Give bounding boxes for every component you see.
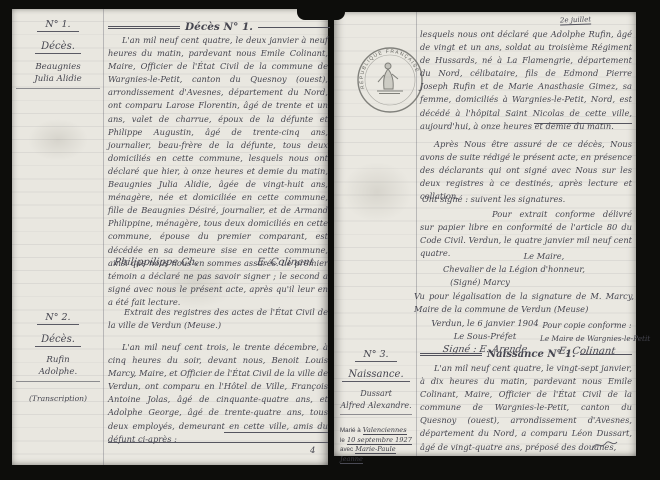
paper-stain bbox=[342, 162, 412, 222]
header-rule bbox=[258, 27, 330, 28]
act1-deceased-name: Beaugnies Julia Alidie bbox=[16, 62, 100, 89]
signatures-note: Ont signé : suivent les signatures. bbox=[422, 193, 565, 206]
header-rule bbox=[580, 354, 632, 355]
act2-margin-block: N° 2. Décès. Rufin Adolphe. (Transcripti… bbox=[16, 305, 100, 403]
mayor-title: Le Maire, bbox=[474, 250, 614, 263]
paper-stain bbox=[28, 119, 88, 161]
act3-number-label: N° 3. bbox=[355, 349, 396, 362]
line-filler-rule bbox=[224, 432, 328, 433]
act2-intro-text: Extrait des registres des actes de l'Éta… bbox=[108, 306, 328, 332]
section-closing-rule bbox=[108, 442, 328, 443]
interline-date-annotation: 2e juillet bbox=[560, 15, 591, 25]
flourish-mark bbox=[592, 436, 618, 455]
act3-header: Naissance N° 1. bbox=[420, 349, 632, 360]
legalisation-note: Vu pour légalisation de la signature de … bbox=[414, 290, 634, 316]
act1-category-label: Décès. bbox=[35, 41, 81, 54]
act3-category-label: Naissance. bbox=[342, 369, 409, 382]
mayor-signed: (Signé) Marcy bbox=[420, 276, 540, 289]
witness-signature: Philippilippe Ch. bbox=[113, 257, 199, 268]
act2-deceased-name: Rufin Adolphe. bbox=[16, 355, 100, 382]
act1-title: Décès N° 1. bbox=[185, 21, 253, 33]
line-filler-rule bbox=[534, 123, 632, 124]
act3-child-name: Dussart Alfred Alexandre. bbox=[340, 388, 412, 415]
marriage-mention-stamp: Marié à Valenciennes le 10 septembre 192… bbox=[340, 426, 412, 464]
binding-notch bbox=[297, 0, 345, 20]
act3-margin-block: N° 3. Naissance. Dussart Alfred Alexandr… bbox=[340, 342, 412, 464]
marianne-figure bbox=[377, 63, 403, 94]
header-rule bbox=[420, 353, 482, 356]
act1-margin-block: N° 1. Décès. Beaugnies Julia Alidie bbox=[16, 12, 100, 89]
mayor-signature: E. Colinant bbox=[257, 257, 315, 268]
republique-francaise-seal-icon: RÉPUBLIQUE FRANÇAISE bbox=[354, 44, 426, 120]
act2-category-label: Décès. bbox=[35, 334, 81, 347]
page-number: 4 bbox=[310, 446, 315, 456]
register-page-right: RÉPUBLIQUE FRANÇAISE 2e juillet lesquels… bbox=[334, 12, 636, 456]
copy-note: Pour copie conforme : bbox=[540, 321, 634, 330]
subprefect-title: Le Sous-Préfet bbox=[426, 331, 544, 341]
act2-declaration-text: lesquels nous ont déclaré que Adolphe Ru… bbox=[420, 28, 632, 133]
act2-transcription-note: (Transcription) bbox=[16, 394, 100, 403]
mayor-subtitle: Chevalier de la Légion d'honneur, bbox=[404, 263, 624, 276]
act3-title: Naissance N° 1. bbox=[487, 349, 575, 360]
header-rule bbox=[108, 26, 180, 29]
margin-divider-line bbox=[103, 9, 104, 465]
act2-number-label: N° 2. bbox=[37, 312, 78, 325]
act1-number-label: N° 1. bbox=[37, 19, 78, 32]
act2-body-text: L'an mil neuf cent trois, le trente déce… bbox=[108, 341, 328, 446]
act1-signatures: Philippilippe Ch. E. Colinant bbox=[114, 257, 328, 268]
legalisation-place-date: Verdun, le 6 janvier 1904 bbox=[426, 318, 544, 328]
act1-header: Décès N° 1. bbox=[108, 21, 330, 33]
copy-mayor-title: Le Maire de Wargnies-le-Petit bbox=[540, 334, 634, 343]
register-page-left: N° 1. Décès. Beaugnies Julia Alidie Décè… bbox=[12, 9, 328, 465]
